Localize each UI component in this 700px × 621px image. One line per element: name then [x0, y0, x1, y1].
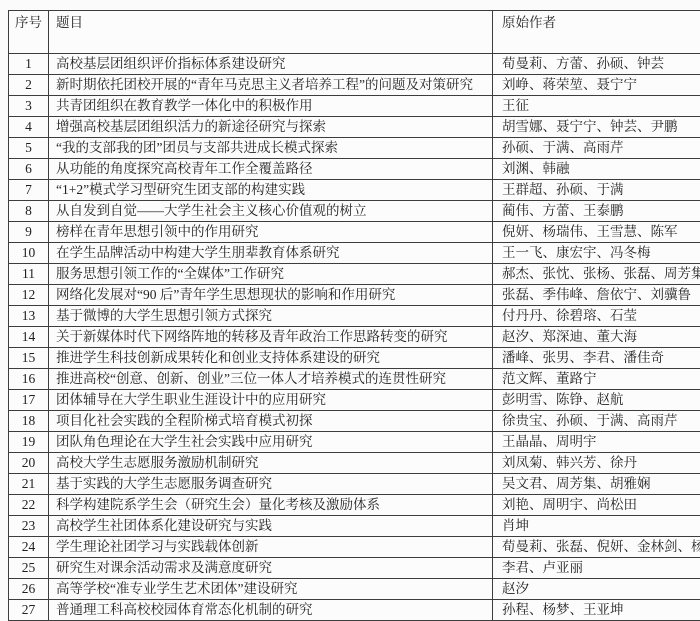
row-title: 榜样在青年思想引领中的作用研究 — [49, 222, 493, 243]
row-title: “我的支部我的团”团员与支部共进成长模式探索 — [49, 138, 493, 159]
row-number: 19 — [9, 432, 49, 453]
research-topics-table: 序号 题目 原始作者 1 高校基层团组织评价指标体系建设研究 荀曼莉、方蕾、孙硕… — [8, 10, 700, 621]
table-row: 12 网络化发展对“90 后”青年学生思想现状的影响和作用研究 张磊、季伟峰、詹… — [9, 285, 700, 306]
row-title: 科学构建院系学生会（研究生会）量化考核及激励体系 — [49, 495, 493, 516]
row-number: 24 — [9, 537, 49, 558]
table-row: 3 共青团组织在教育教学一体化中的积极作用 王征 — [9, 96, 700, 117]
row-number: 18 — [9, 411, 49, 432]
row-number: 5 — [9, 138, 49, 159]
table-row: 11 服务思想引领工作的“全媒体”工作研究 郝杰、张忱、张杨、张磊、周芳集 — [9, 264, 700, 285]
table-row: 21 基于实践的大学生志愿服务调查研究 吴文君、周芳集、胡雅娴 — [9, 474, 700, 495]
table-row: 17 团体辅导在大学生职业生涯设计中的应用研究 彭明雪、陈铮、赵航 — [9, 390, 700, 411]
row-title: 推进高校“创意、创新、创业”三位一体人才培养模式的连贯性研究 — [49, 369, 493, 390]
row-title: 共青团组织在教育教学一体化中的积极作用 — [49, 96, 493, 117]
header-title: 题目 — [49, 11, 493, 54]
row-title: 基于微博的大学生思想引领方式探究 — [49, 306, 493, 327]
table-row: 15 推进学生科技创新成果转化和创业支持体系建设的研究 潘峰、张男、李君、潘佳奇 — [9, 348, 700, 369]
row-authors: 倪妍、杨瑞伟、王雪慧、陈军 — [493, 222, 700, 243]
table-row: 24 学生理论社团学习与实践载体创新 荀曼莉、张磊、倪妍、金林剑、杨鹏 — [9, 537, 700, 558]
row-authors: 范文辉、董路宁 — [493, 369, 700, 390]
row-title: 关于新媒体时代下网络阵地的转移及青年政治工作思路转变的研究 — [49, 327, 493, 348]
row-title: 推进学生科技创新成果转化和创业支持体系建设的研究 — [49, 348, 493, 369]
row-authors: 李君、卢亚丽 — [493, 558, 700, 579]
row-number: 3 — [9, 96, 49, 117]
table-body: 1 高校基层团组织评价指标体系建设研究 荀曼莉、方蕾、孙硕、钟芸 2 新时期依托… — [9, 54, 700, 621]
row-title: 网络化发展对“90 后”青年学生思想现状的影响和作用研究 — [49, 285, 493, 306]
row-authors: 潘峰、张男、李君、潘佳奇 — [493, 348, 700, 369]
row-title: 新时期依托团校开展的“青年马克思主义者培养工程”的问题及对策研究 — [49, 75, 493, 96]
table-row: 4 增强高校基层团组织活力的新途径研究与探索 胡雪娜、聂宁宁、钟芸、尹鹏 — [9, 117, 700, 138]
table-row: 18 项目化社会实践的全程阶梯式培育模式初探 徐贵宝、孙硕、于满、高雨芹 — [9, 411, 700, 432]
row-number: 15 — [9, 348, 49, 369]
row-title: 高校大学生志愿服务激励机制研究 — [49, 453, 493, 474]
table-row: 5 “我的支部我的团”团员与支部共进成长模式探索 孙硕、于满、高雨芹 — [9, 138, 700, 159]
table-row: 22 科学构建院系学生会（研究生会）量化考核及激励体系 刘艳、周明宇、尚松田 — [9, 495, 700, 516]
table-row: 14 关于新媒体时代下网络阵地的转移及青年政治工作思路转变的研究 赵汐、郑深迪、… — [9, 327, 700, 348]
row-authors: 王一飞、康宏宇、冯冬梅 — [493, 243, 700, 264]
row-title: 高校学生社团体系化建设研究与实践 — [49, 516, 493, 537]
row-authors: 刘凤菊、韩兴芳、徐丹 — [493, 453, 700, 474]
row-number: 26 — [9, 579, 49, 600]
row-authors: 王征 — [493, 96, 700, 117]
table-row: 8 从自发到自觉——大学生社会主义核心价值观的树立 蔺伟、方蕾、王泰鹏 — [9, 201, 700, 222]
row-authors: 王晶晶、周明宇 — [493, 432, 700, 453]
row-authors: 彭明雪、陈铮、赵航 — [493, 390, 700, 411]
header-row: 序号 题目 原始作者 — [9, 11, 700, 54]
row-title: 服务思想引领工作的“全媒体”工作研究 — [49, 264, 493, 285]
row-authors: 刘渊、韩融 — [493, 159, 700, 180]
row-title: 高等学校“准专业学生艺术团体”建设研究 — [49, 579, 493, 600]
row-authors: 肖坤 — [493, 516, 700, 537]
table-row: 19 团队角色理论在大学生社会实践中应用研究 王晶晶、周明宇 — [9, 432, 700, 453]
row-number: 21 — [9, 474, 49, 495]
row-authors: 刘峥、蒋荣堃、聂宁宁 — [493, 75, 700, 96]
table-row: 16 推进高校“创意、创新、创业”三位一体人才培养模式的连贯性研究 范文辉、董路… — [9, 369, 700, 390]
row-title: 学生理论社团学习与实践载体创新 — [49, 537, 493, 558]
table-row: 13 基于微博的大学生思想引领方式探究 付丹丹、徐碧瑢、石莹 — [9, 306, 700, 327]
row-number: 6 — [9, 159, 49, 180]
table-row: 20 高校大学生志愿服务激励机制研究 刘凤菊、韩兴芳、徐丹 — [9, 453, 700, 474]
row-authors: 赵汐、郑深迪、董大海 — [493, 327, 700, 348]
table-row: 6 从功能的角度探究高校青年工作全覆盖路径 刘渊、韩融 — [9, 159, 700, 180]
row-number: 25 — [9, 558, 49, 579]
row-number: 20 — [9, 453, 49, 474]
row-number: 10 — [9, 243, 49, 264]
row-title: 项目化社会实践的全程阶梯式培育模式初探 — [49, 411, 493, 432]
row-number: 4 — [9, 117, 49, 138]
row-title: 从功能的角度探究高校青年工作全覆盖路径 — [49, 159, 493, 180]
row-authors: 徐贵宝、孙硕、于满、高雨芹 — [493, 411, 700, 432]
row-number: 1 — [9, 54, 49, 75]
table-row: 27 普通理工科高校校园体育常态化机制的研究 孙程、杨梦、王亚坤 — [9, 600, 700, 621]
row-number: 7 — [9, 180, 49, 201]
row-title: 团队角色理论在大学生社会实践中应用研究 — [49, 432, 493, 453]
table-row: 7 “1+2”模式学习型研究生团支部的构建实践 王群超、孙硕、于满 — [9, 180, 700, 201]
row-number: 2 — [9, 75, 49, 96]
row-number: 12 — [9, 285, 49, 306]
row-title: 从自发到自觉——大学生社会主义核心价值观的树立 — [49, 201, 493, 222]
row-title: 团体辅导在大学生职业生涯设计中的应用研究 — [49, 390, 493, 411]
row-authors: 孙硕、于满、高雨芹 — [493, 138, 700, 159]
row-title: “1+2”模式学习型研究生团支部的构建实践 — [49, 180, 493, 201]
row-title: 高校基层团组织评价指标体系建设研究 — [49, 54, 493, 75]
row-number: 16 — [9, 369, 49, 390]
row-title: 普通理工科高校校园体育常态化机制的研究 — [49, 600, 493, 621]
row-number: 13 — [9, 306, 49, 327]
row-number: 9 — [9, 222, 49, 243]
row-number: 11 — [9, 264, 49, 285]
row-title: 基于实践的大学生志愿服务调查研究 — [49, 474, 493, 495]
row-title: 增强高校基层团组织活力的新途径研究与探索 — [49, 117, 493, 138]
row-authors: 付丹丹、徐碧瑢、石莹 — [493, 306, 700, 327]
row-authors: 吴文君、周芳集、胡雅娴 — [493, 474, 700, 495]
row-authors: 胡雪娜、聂宁宁、钟芸、尹鹏 — [493, 117, 700, 138]
row-number: 14 — [9, 327, 49, 348]
row-title: 在学生品牌活动中构建大学生朋辈教育体系研究 — [49, 243, 493, 264]
row-authors: 刘艳、周明宇、尚松田 — [493, 495, 700, 516]
row-authors: 王群超、孙硕、于满 — [493, 180, 700, 201]
row-title: 研究生对课余活动需求及满意度研究 — [49, 558, 493, 579]
row-number: 27 — [9, 600, 49, 621]
row-number: 22 — [9, 495, 49, 516]
table-row: 1 高校基层团组织评价指标体系建设研究 荀曼莉、方蕾、孙硕、钟芸 — [9, 54, 700, 75]
row-authors: 郝杰、张忱、张杨、张磊、周芳集 — [493, 264, 700, 285]
row-number: 8 — [9, 201, 49, 222]
row-number: 23 — [9, 516, 49, 537]
row-authors: 赵汐 — [493, 579, 700, 600]
header-authors: 原始作者 — [493, 11, 700, 54]
table-row: 9 榜样在青年思想引领中的作用研究 倪妍、杨瑞伟、王雪慧、陈军 — [9, 222, 700, 243]
row-authors: 荀曼莉、方蕾、孙硕、钟芸 — [493, 54, 700, 75]
row-authors: 荀曼莉、张磊、倪妍、金林剑、杨鹏 — [493, 537, 700, 558]
row-authors: 孙程、杨梦、王亚坤 — [493, 600, 700, 621]
row-number: 17 — [9, 390, 49, 411]
table-row: 26 高等学校“准专业学生艺术团体”建设研究 赵汐 — [9, 579, 700, 600]
row-authors: 蔺伟、方蕾、王泰鹏 — [493, 201, 700, 222]
row-authors: 张磊、季伟峰、詹依宁、刘骥鲁 — [493, 285, 700, 306]
header-no: 序号 — [9, 11, 49, 54]
table-row: 23 高校学生社团体系化建设研究与实践 肖坤 — [9, 516, 700, 537]
table-row: 2 新时期依托团校开展的“青年马克思主义者培养工程”的问题及对策研究 刘峥、蒋荣… — [9, 75, 700, 96]
table-row: 25 研究生对课余活动需求及满意度研究 李君、卢亚丽 — [9, 558, 700, 579]
table-row: 10 在学生品牌活动中构建大学生朋辈教育体系研究 王一飞、康宏宇、冯冬梅 — [9, 243, 700, 264]
